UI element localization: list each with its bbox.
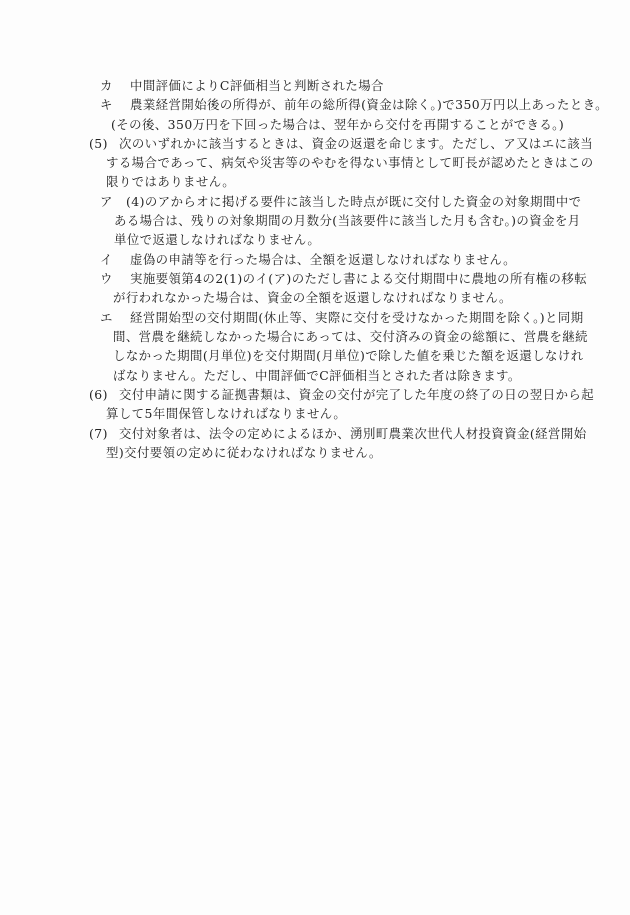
section-marker: (6) [89,387,119,403]
item-u: ウ実施要領第4の2(1)のイ(ア)のただし書による交付期間中に農地の所有権の移転 [100,271,587,287]
item-a-continuation: ある場合は、残りの対象期間の月数分(当該要件に該当した月も含む。)の資金を月 [114,213,581,229]
item-marker: イ [100,252,130,268]
item-marker: キ [100,97,130,113]
section-5-continuation: 限りではありません。 [106,174,235,190]
section-marker: (7) [89,426,119,442]
item-text: しなかった期間(月単位)を交付期間(月単位)で除した値を乗じた額を返還しなけれ [113,348,584,363]
section-6-continuation: 算して5年間保管しなければなりません。 [106,406,346,422]
item-a: ア(4)のアからオに掲げる要件に該当した時点が既に交付した資金の対象期間中で [100,194,581,210]
item-u-continuation: が行われなかった場合は、資金の全額を返還しなければなりません。 [113,290,512,306]
item-marker: カ [100,78,130,94]
item-text: ばなりません。ただし、中間評価でC評価相当とされた者は除きます。 [113,368,521,383]
item-e-continuation: ばなりません。ただし、中間評価でC評価相当とされた者は除きます。 [113,368,521,384]
item-text: が行われなかった場合は、資金の全額を返還しなければなりません。 [113,290,512,305]
section-text: する場合であって、病気や災害等のやむを得ない事情として町長が認めたときはこの [106,155,594,170]
item-text: 虚偽の申請等を行った場合は、全額を返還しなければなりません。 [130,252,516,267]
item-text: 単位で返還しなければなりません。 [114,232,320,247]
item-ki-continuation: (その後、350万円を下回った場合は、翌年から交付を再開することができる。) [111,117,564,133]
item-text: 間、営農を継続しなかった場合にあっては、交付済みの資金の総額に、営農を継続 [113,329,588,344]
item-marker: エ [100,310,130,326]
document-page: カ中間評価によりC評価相当と判断された場合 キ農業経営開始後の所得が、前年の総所… [0,0,630,915]
item-text: 農業経営開始後の所得が、前年の総所得(資金は除く。)で350万円以上あったとき。 [130,97,608,112]
section-text: 算して5年間保管しなければなりません。 [106,406,346,421]
item-text: 中間評価によりC評価相当と判断された場合 [130,78,384,93]
section-text: 次のいずれかに該当するときは、資金の返還を命じます。ただし、ア又はエに該当 [119,136,593,151]
item-text: ある場合は、残りの対象期間の月数分(当該要件に該当した月も含む。)の資金を月 [114,213,581,228]
item-marker: ウ [100,271,130,287]
item-e-continuation: 間、営農を継続しなかった場合にあっては、交付済みの資金の総額に、営農を継続 [113,329,588,345]
section-7: (7)交付対象者は、法令の定めによるほか、湧別町農業次世代人材投資資金(経営開始 [89,426,587,442]
item-a-continuation: 単位で返還しなければなりません。 [114,232,320,248]
section-text: 限りではありません。 [106,174,235,189]
section-7-continuation: 型)交付要領の定めに従わなければなりません。 [106,445,382,461]
section-text: 型)交付要領の定めに従わなければなりません。 [106,445,382,460]
item-i: イ虚偽の申請等を行った場合は、全額を返還しなければなりません。 [100,252,516,268]
section-marker: (5) [89,136,119,152]
item-text: (その後、350万円を下回った場合は、翌年から交付を再開することができる。) [111,117,564,132]
item-text: 実施要領第4の2(1)のイ(ア)のただし書による交付期間中に農地の所有権の移転 [130,271,587,286]
item-ka: カ中間評価によりC評価相当と判断された場合 [100,78,384,94]
section-5-continuation: する場合であって、病気や災害等のやむを得ない事情として町長が認めたときはこの [106,155,594,171]
item-marker: ア [100,194,126,210]
item-ki: キ農業経営開始後の所得が、前年の総所得(資金は除く。)で350万円以上あったとき… [100,97,608,113]
section-5: (5)次のいずれかに該当するときは、資金の返還を命じます。ただし、ア又はエに該当 [89,136,593,152]
section-6: (6)交付申請に関する証拠書類は、資金の交付が完了した年度の終了の日の翌日から起 [89,387,594,403]
item-text: (4)のアからオに掲げる要件に該当した時点が既に交付した資金の対象期間中で [126,194,581,209]
item-text: 経営開始型の交付期間(休止等、実際に交付を受けなかった期間を除く。)と同期 [130,310,584,325]
item-e-continuation: しなかった期間(月単位)を交付期間(月単位)で除した値を乗じた額を返還しなけれ [113,348,584,364]
item-e: エ経営開始型の交付期間(休止等、実際に交付を受けなかった期間を除く。)と同期 [100,310,584,326]
section-text: 交付申請に関する証拠書類は、資金の交付が完了した年度の終了の日の翌日から起 [119,387,594,402]
section-text: 交付対象者は、法令の定めによるほか、湧別町農業次世代人材投資資金(経営開始 [119,426,587,441]
